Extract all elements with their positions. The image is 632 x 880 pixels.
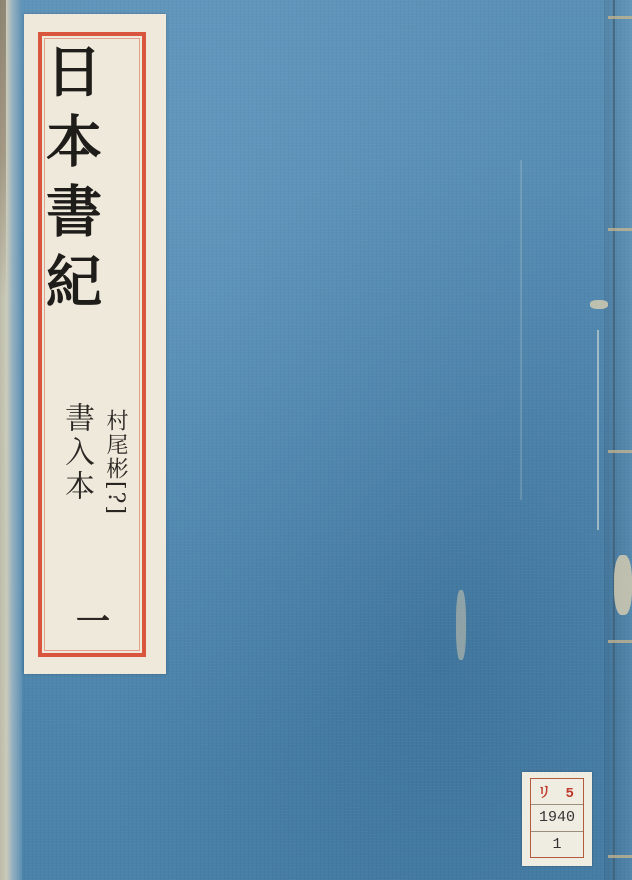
class-mark: リ 5 — [537, 782, 577, 802]
binding-stitch — [608, 640, 632, 643]
volume-number: 一 — [76, 612, 110, 632]
binding-stitch — [608, 450, 632, 453]
binding-stitch — [608, 855, 632, 858]
binding-stitch — [608, 228, 632, 231]
paper-wear — [590, 300, 608, 309]
library-catalog-label: リ 5 1940 1 — [522, 772, 592, 866]
annotator-name: 村尾彬[?] — [102, 409, 128, 516]
paper-crack — [597, 330, 599, 530]
book-title: 日本書紀 — [50, 42, 110, 322]
paper-crack — [520, 160, 522, 500]
paper-wear — [456, 590, 466, 660]
worn-left-edge-shadow — [0, 0, 6, 300]
binding-stitch — [608, 16, 632, 19]
annotation-text: 書入本 — [58, 402, 94, 504]
paper-wear — [614, 555, 632, 615]
title-slip: 日本書紀 書入本 村尾彬[?] 一 — [24, 14, 166, 674]
binding-spine — [604, 0, 632, 880]
binding-thread — [613, 0, 615, 880]
catalog-year: 1940 — [539, 809, 575, 826]
book-cover: 日本書紀 書入本 村尾彬[?] 一 リ 5 1940 1 — [0, 0, 632, 880]
copy-number: 1 — [552, 836, 561, 853]
